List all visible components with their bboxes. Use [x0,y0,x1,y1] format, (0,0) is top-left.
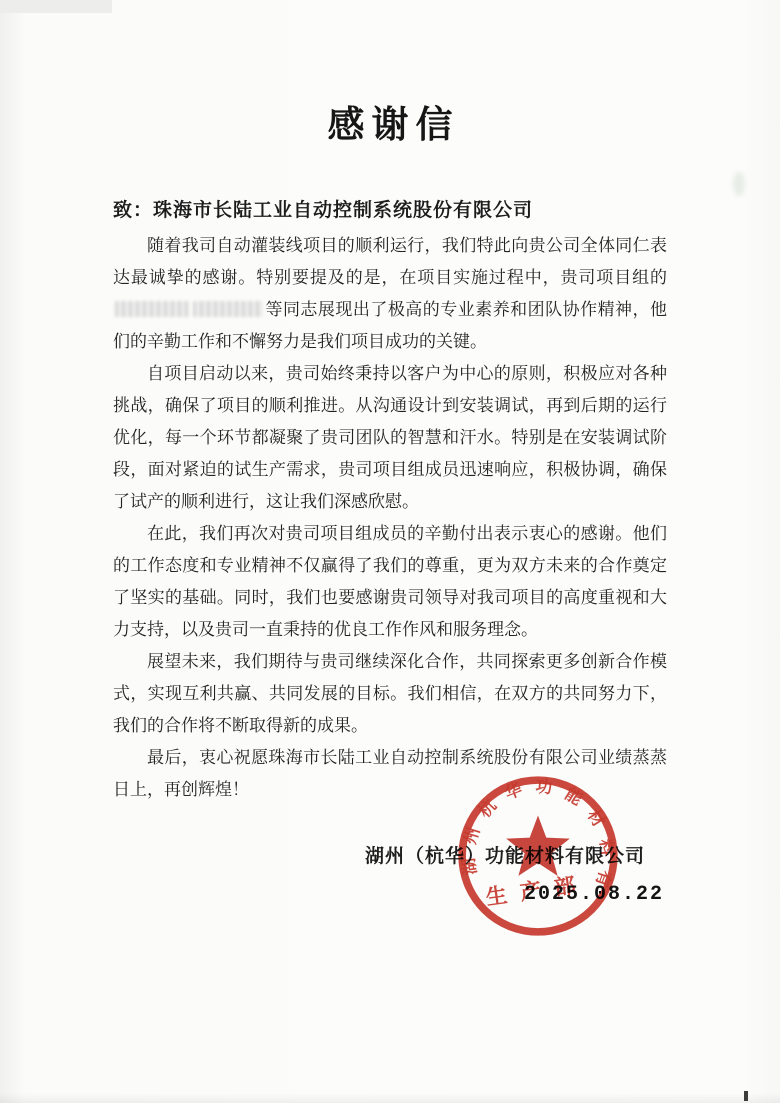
redacted-name-block-1 [115,301,189,317]
letter-title: 感谢信 [0,94,780,148]
scan-artifact-right-edge [733,172,745,196]
scan-artifact-bottom-right [744,1091,748,1101]
paragraph-5: 最后，衷心祝愿珠海市长陆工业自动控制系统股份有限公司业绩蒸蒸日上，再创辉煌！ [113,742,667,806]
recipient-line: 致：珠海市长陆工业自动控制系统股份有限公司 [113,195,673,222]
paragraph-3: 在此，我们再次对贵司项目组成员的辛勤付出表示衷心的感谢。他们的工作态度和专业精神… [113,518,667,646]
signature-company: 湖州（杭华）功能材料有限公司 [365,841,645,868]
scanned-letter-page: 感谢信 致：珠海市长陆工业自动控制系统股份有限公司 随着我司自动灌装线项目的顺利… [0,0,780,1103]
scan-artifact-top-left [0,0,112,13]
redacted-name-block-2 [193,301,263,317]
paragraph-1: 随着我司自动灌装线项目的顺利运行，我们特此向贵公司全体同仁表达最诚挚的感谢。特别… [113,230,667,358]
signature-date: 2025.08.22 [524,883,664,906]
letter-body: 随着我司自动灌装线项目的顺利运行，我们特此向贵公司全体同仁表达最诚挚的感谢。特别… [113,230,667,806]
paragraph-4: 展望未来，我们期待与贵司继续深化合作，共同探索更多创新合作模式，实现互利共赢、共… [113,646,667,742]
paragraph-1-text-before: 随着我司自动灌装线项目的顺利运行，我们特此向贵公司全体同仁表达最诚挚的感谢。特别… [113,236,667,287]
paragraph-2: 自项目启动以来，贵司始终秉持以客户为中心的原则，积极应对各种挑战，确保了项目的顺… [113,358,667,518]
